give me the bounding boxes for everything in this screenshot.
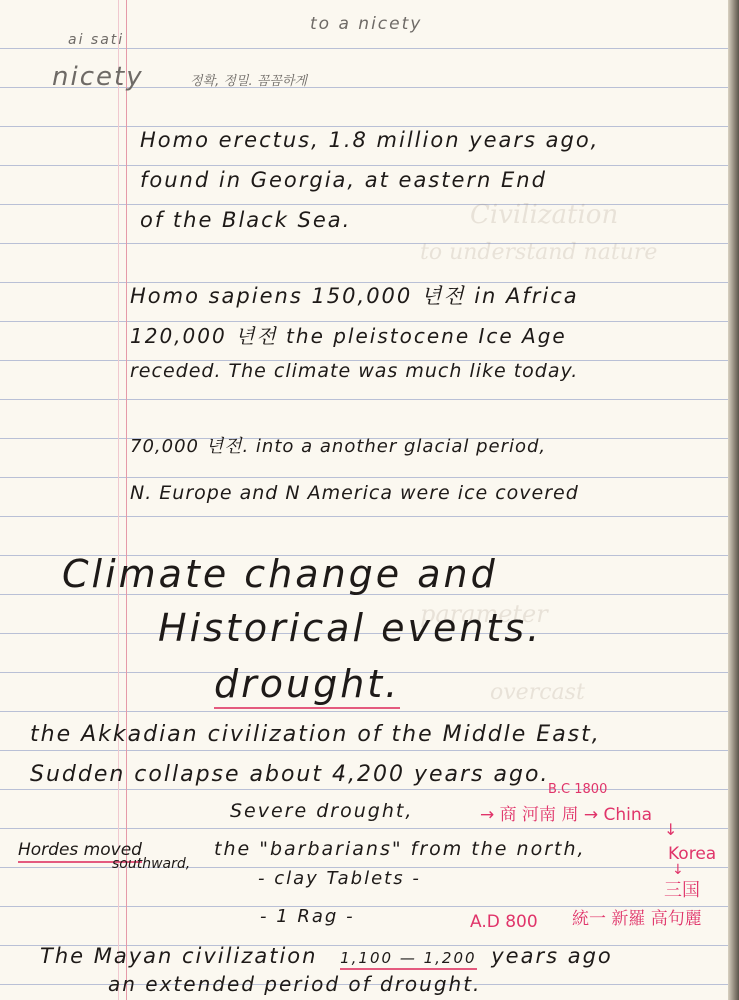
paragraph-1-line-3: of the Black Sea. <box>140 208 351 232</box>
bleed-through: to understand nature <box>420 240 657 265</box>
mayan-text: The Mayan civilization <box>40 944 317 968</box>
paragraph-2-line-1: Homo sapiens 150,000 년전 in Africa <box>130 280 579 310</box>
pronunciation-note: ai sati <box>68 32 124 48</box>
unified-silla-annotation: 統一 新羅 ­高句麗 <box>572 904 702 929</box>
akkadian-line-5: - clay Tablets - <box>258 868 421 889</box>
vocab-gloss: 정확, 정밀. 꼼꼼하게 <box>190 70 307 89</box>
china-chain-annotation: → 商 河南 周 → China <box>480 800 652 825</box>
subheading-text: drought. <box>214 662 400 709</box>
akkadian-line-1: the Akkadian civilization of the Middle … <box>30 722 601 747</box>
page-edge <box>728 0 739 1000</box>
korea-annotation: Korea <box>668 844 716 864</box>
akkadian-line-6: - 1 Rag - <box>260 906 355 927</box>
paragraph-3-line-1: 70,000 년전. into a another glacial period… <box>130 432 546 458</box>
akkadian-line-3: Severe drought, <box>230 800 413 822</box>
mayan-line-1: The Mayan civilization 1,100 — 1,200 yea… <box>40 944 613 968</box>
akkadian-line-4: the "barbarians" from the north, <box>214 838 586 860</box>
bleed-through: overcast <box>490 680 585 705</box>
mayan-years: 1,100 — 1,200 <box>340 949 476 970</box>
southward-note: southward, <box>112 856 190 872</box>
paragraph-3-line-2: N. Europe and N America were ice covered <box>130 482 579 504</box>
heading-line-2: Historical events. <box>158 606 542 650</box>
mayan-line-2: an extended period of drought. <box>108 972 481 996</box>
paragraph-1-line-1: Homo erectus, 1.8 million years ago, <box>140 128 599 152</box>
akkadian-line-2: Sudden collapse about 4,200 years ago. <box>30 762 549 787</box>
paragraph-2-line-2: 120,000 년전 the pleistocene Ice Age <box>130 320 567 349</box>
paragraph-2-line-3: receded. The climate was much like today… <box>130 360 578 382</box>
mayan-years-ago: years ago <box>491 944 613 968</box>
heading-line-1: Climate change and <box>62 552 498 596</box>
down-arrow-icon: ↓ <box>664 820 677 839</box>
subheading: drought. <box>214 662 400 706</box>
bleed-through: Civilization <box>470 200 618 230</box>
vocab-word: nicety <box>52 62 144 92</box>
bc-date-annotation: B.C 1800 <box>548 782 607 797</box>
ad-date-annotation: A.D 800 <box>470 912 538 932</box>
top-note: to a nicety <box>310 14 422 34</box>
three-kingdoms-annotation: 三国 <box>664 876 700 902</box>
paragraph-1-line-2: found in Georgia, at eastern End <box>140 168 547 192</box>
